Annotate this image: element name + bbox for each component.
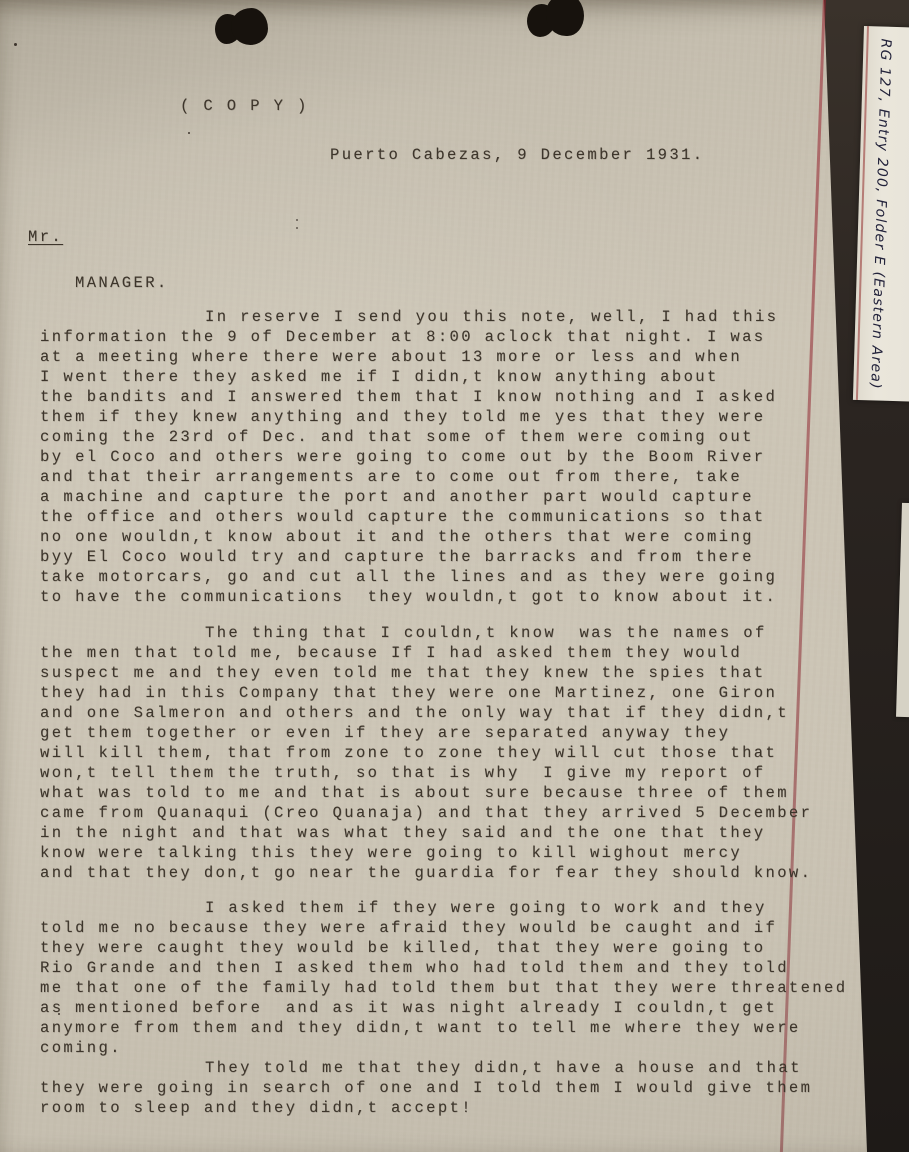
archival-slip-text: RG 127, Entry 200, Folder E (Eastern Are… bbox=[867, 26, 894, 400]
letter-line: as mentioned before and as it was night … bbox=[40, 998, 855, 1018]
letter-line: In reserve I send you this note, well, I… bbox=[40, 307, 855, 327]
addressee-mr: Mr. bbox=[28, 228, 63, 246]
letter-line: told me no because they were afraid they… bbox=[40, 918, 855, 938]
letter-line: at a meeting where there were about 13 m… bbox=[40, 347, 855, 367]
letter-line: and one Salmeron and others and the only… bbox=[40, 703, 855, 723]
letter-line: the office and others would capture the … bbox=[40, 507, 855, 527]
letter-line: they were going in search of one and I t… bbox=[40, 1078, 855, 1098]
paper-speck bbox=[14, 43, 17, 46]
letter-line: in the night and that was what they said… bbox=[40, 823, 855, 843]
letter-line: coming. bbox=[40, 1038, 855, 1058]
letter-line: byy El Coco would try and capture the ba… bbox=[40, 547, 855, 567]
letter-line: them if they knew anything and they told… bbox=[40, 407, 855, 427]
letter-paragraph: I asked them if they were going to work … bbox=[40, 898, 855, 1058]
letter-line: by el Coco and others were going to come… bbox=[40, 447, 855, 467]
letter-line: They told me that they didn,t have a hou… bbox=[40, 1058, 855, 1078]
paper-sliver bbox=[896, 503, 909, 717]
ink-blot-left bbox=[215, 6, 275, 50]
slip-red-line bbox=[856, 26, 869, 400]
ink-blot-right bbox=[527, 0, 589, 44]
letter-line: take motorcars, go and cut all the lines… bbox=[40, 567, 855, 587]
letter-line: anymore from them and they didn,t want t… bbox=[40, 1018, 855, 1038]
letter-line: won,t tell them the truth, so that is wh… bbox=[40, 763, 855, 783]
archival-slip: RG 127, Entry 200, Folder E (Eastern Are… bbox=[853, 26, 909, 402]
letter-line: they were caught they would be killed, t… bbox=[40, 938, 855, 958]
letter-line: get them together or even if they are se… bbox=[40, 723, 855, 743]
letter-line: and that they don,t go near the guardia … bbox=[40, 863, 855, 883]
letter-line: coming the 23rd of Dec. and that some of… bbox=[40, 427, 855, 447]
letter-line: the men that told me, because If I had a… bbox=[40, 643, 855, 663]
paper-speck bbox=[188, 132, 190, 134]
letter-line: will kill them, that from zone to zone t… bbox=[40, 743, 855, 763]
copy-stamp: ( C O P Y ) bbox=[180, 97, 309, 115]
dateline: Puerto Cabezas, 9 December 1931. bbox=[330, 146, 704, 164]
pencil-mark bbox=[296, 219, 299, 231]
letter-line: no one wouldn,t know about it and the ot… bbox=[40, 527, 855, 547]
letter-line: came from Quanaqui (Creo Quanaja) and th… bbox=[40, 803, 855, 823]
letter-paragraph: The thing that I couldn,t know was the n… bbox=[40, 623, 855, 883]
letter-line: information the 9 of December at 8:00 ac… bbox=[40, 327, 855, 347]
letter-line: room to sleep and they didn,t accept! bbox=[40, 1098, 855, 1118]
addressee-manager: MANAGER. bbox=[75, 274, 169, 292]
letter-line: and that their arrangements are to come … bbox=[40, 467, 855, 487]
letter-line: I went there they asked me if I didn,t k… bbox=[40, 367, 855, 387]
letter-line: what was told to me and that is about su… bbox=[40, 783, 855, 803]
letter-line: a machine and capture the port and anoth… bbox=[40, 487, 855, 507]
letter-line: know were talking this they were going t… bbox=[40, 843, 855, 863]
letter-line: to have the communications they wouldn,t… bbox=[40, 587, 855, 607]
letter-line: they had in this Company that they were … bbox=[40, 683, 855, 703]
letter-paragraph: In reserve I send you this note, well, I… bbox=[40, 307, 855, 607]
letter-line: the bandits and I answered them that I k… bbox=[40, 387, 855, 407]
letter-paragraph: They told me that they didn,t have a hou… bbox=[40, 1058, 855, 1118]
letter-line: I asked them if they were going to work … bbox=[40, 898, 855, 918]
letter-line: The thing that I couldn,t know was the n… bbox=[40, 623, 855, 643]
letter-line: me that one of the family had told them … bbox=[40, 978, 855, 998]
letter-body: In reserve I send you this note, well, I… bbox=[40, 307, 855, 1133]
letter-line: suspect me and they even told me that th… bbox=[40, 663, 855, 683]
letter-line: Rio Grande and then I asked them who had… bbox=[40, 958, 855, 978]
